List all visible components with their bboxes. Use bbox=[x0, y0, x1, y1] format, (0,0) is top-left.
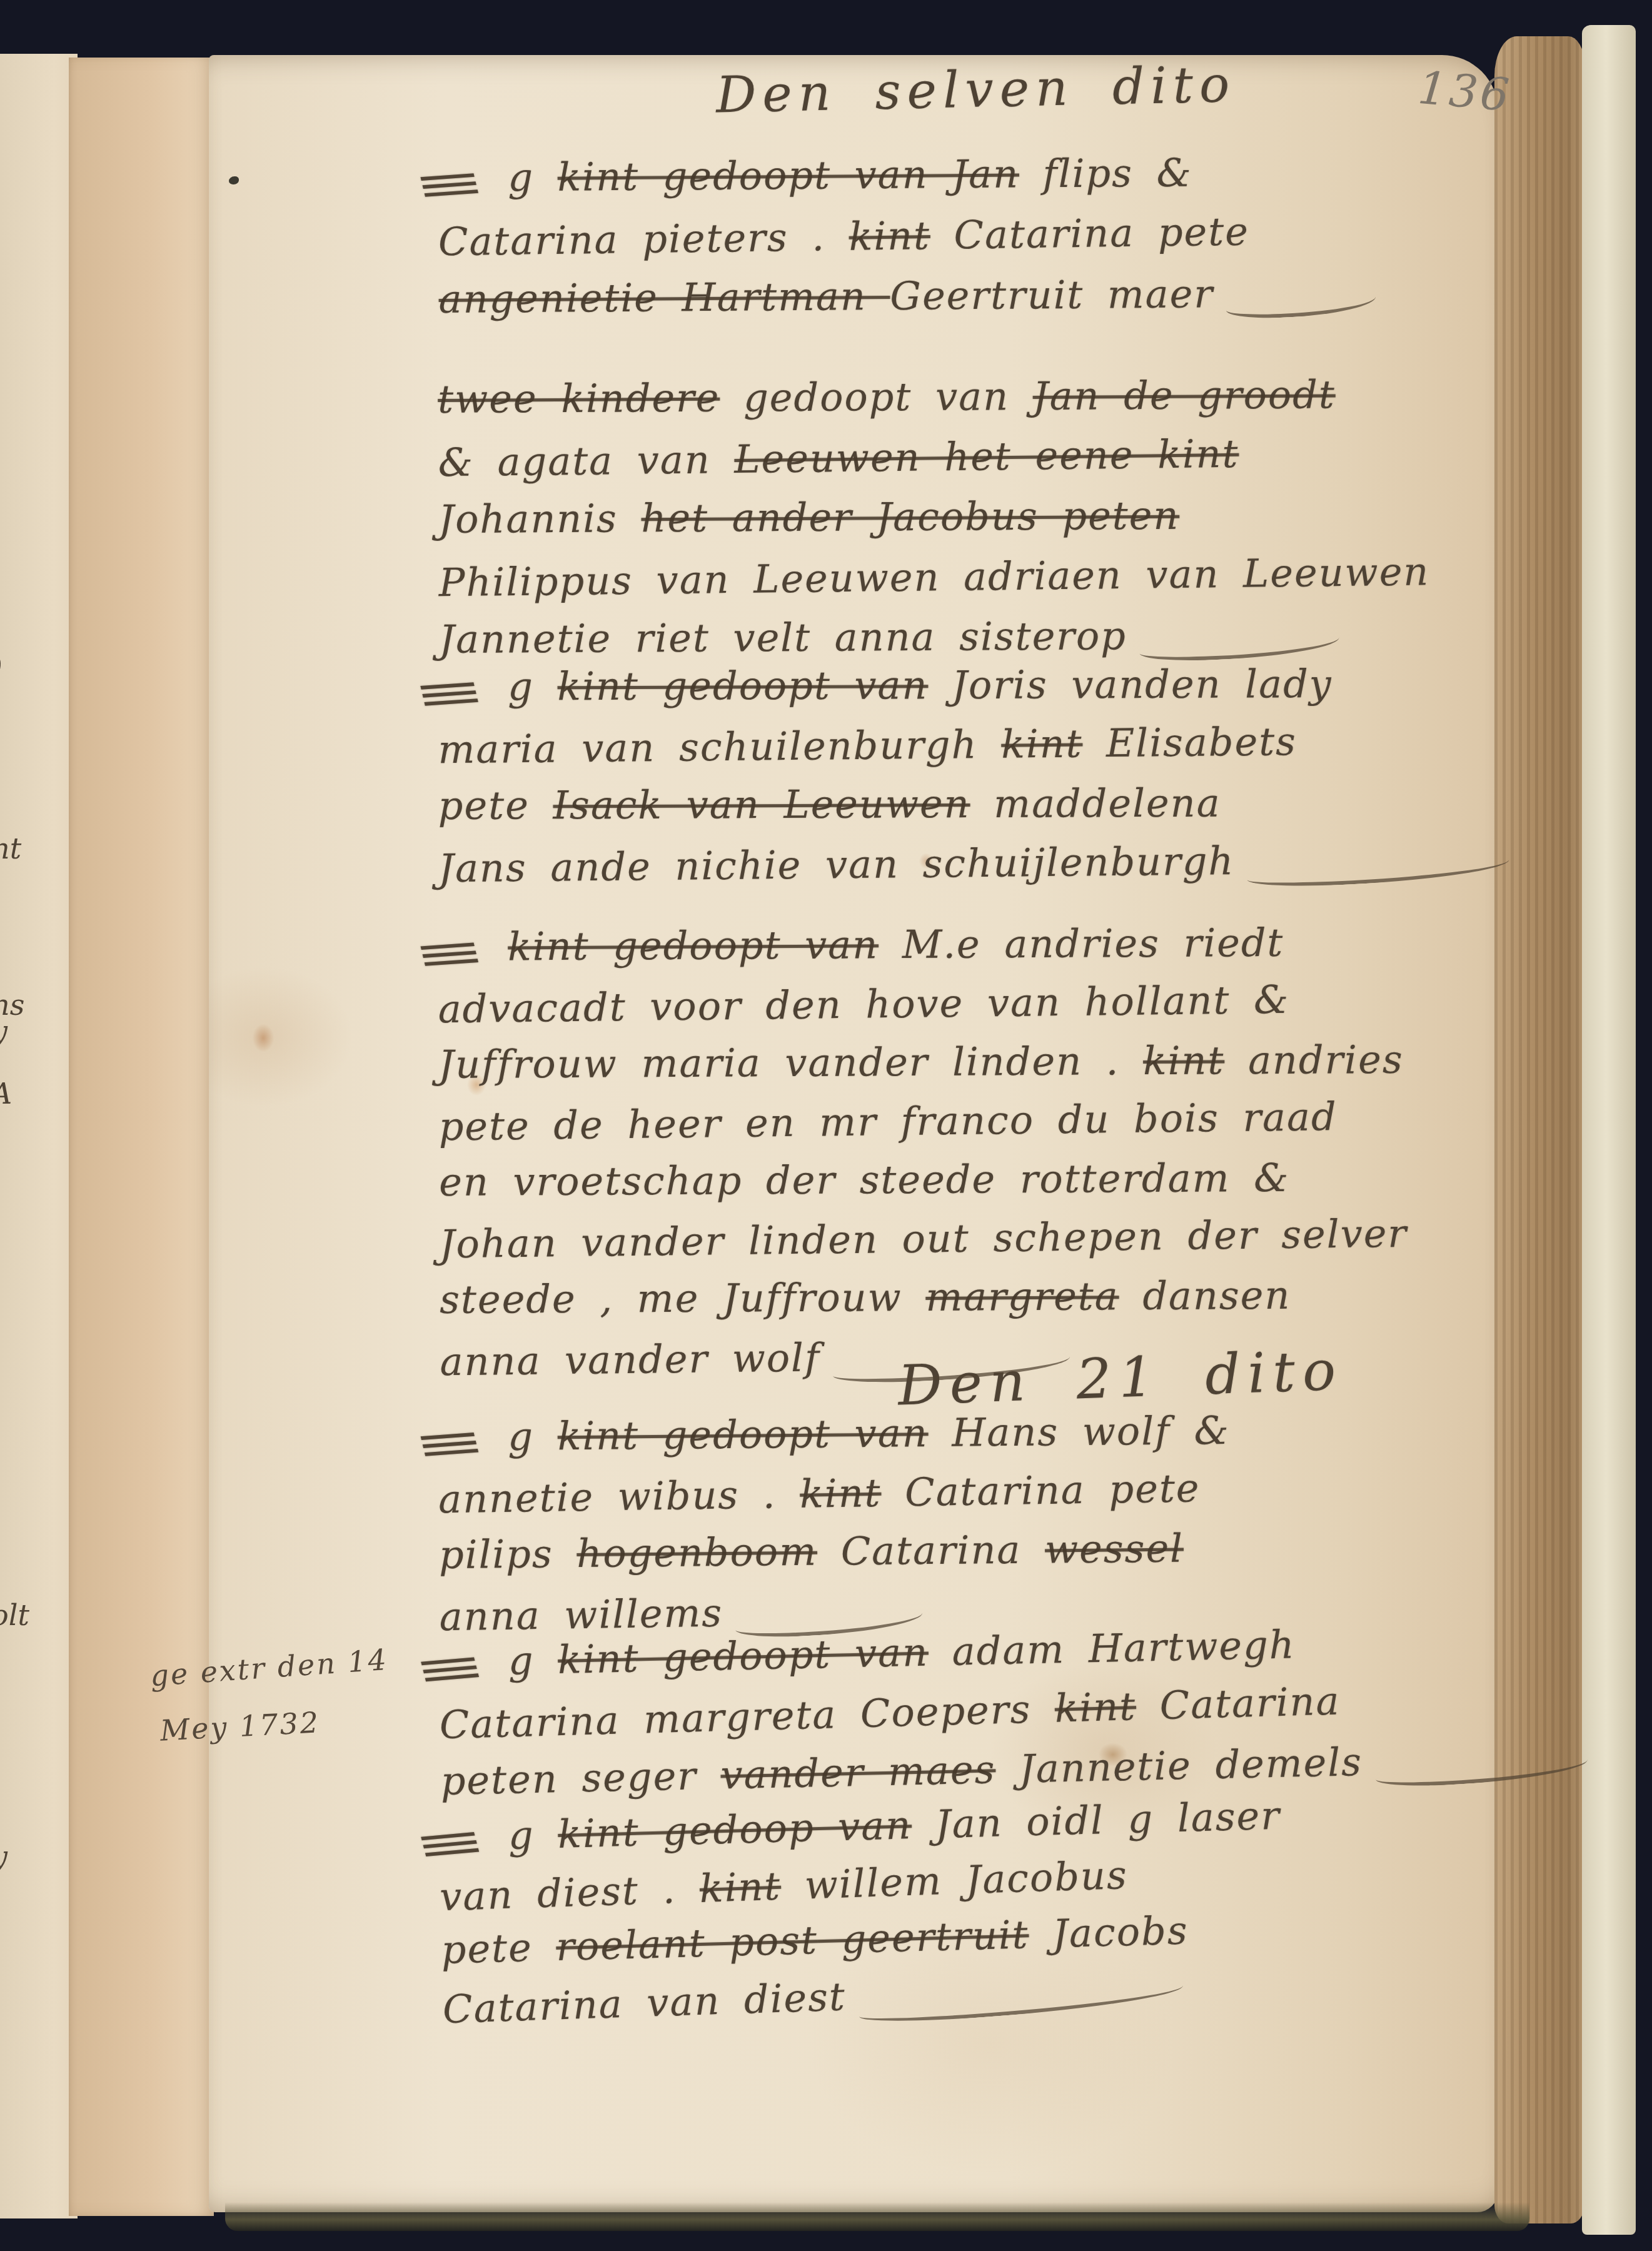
struck-text: kint gedoopt van bbox=[508, 922, 879, 969]
adjacent-page-text-fragment: nt bbox=[0, 832, 21, 865]
struck-text: het ander Jacobus peten bbox=[641, 493, 1179, 541]
flourish-underline bbox=[859, 1982, 1184, 2027]
entry-text: Catarina van diest bbox=[442, 1973, 847, 2032]
manuscript-line: ≡kint gedoopt van M.e andries riedt bbox=[438, 919, 1538, 983]
struck-text: angenietie Hartman bbox=[438, 273, 890, 322]
entry-text: Elisabets bbox=[1082, 718, 1297, 766]
entry-marker-icon: ≡ bbox=[407, 665, 486, 722]
entry-text: Catarina bbox=[817, 1527, 1045, 1574]
entry-text: pilips bbox=[439, 1531, 577, 1578]
page-number: 136 bbox=[1416, 61, 1514, 122]
entry-text: & agata van bbox=[438, 436, 735, 485]
struck-text: kint bbox=[800, 1470, 882, 1517]
entry-text: Philippus van Leeuwen adriaen van Leeuwe… bbox=[438, 548, 1429, 605]
struck-text: Isack van Leeuwen bbox=[553, 781, 970, 828]
entry-text: adam Hartwegh bbox=[928, 1621, 1296, 1674]
entry-text: pete bbox=[441, 1924, 557, 1973]
entry-text: andries bbox=[1224, 1037, 1404, 1083]
manuscript-line: Jans ande nichie van schuijlenburgh bbox=[438, 835, 1539, 905]
entry-text: Juffrouw maria vander linden . bbox=[438, 1038, 1143, 1087]
paper-stain bbox=[249, 1019, 278, 1057]
entry-marker-icon: ≡ bbox=[407, 925, 486, 982]
flourish-underline bbox=[1247, 856, 1510, 890]
manuscript-line: advacadt voor den hove van hollant & bbox=[438, 974, 1539, 1045]
struck-text: kint gedoopt van bbox=[557, 1410, 929, 1459]
entry-marker-icon: ≡ bbox=[407, 155, 486, 212]
baptism-entry: twee kindere gedoopt van Jan de groodt& … bbox=[438, 371, 1539, 677]
entry-text: Jans ande nichie van schuijlenburgh bbox=[438, 838, 1235, 891]
entry-marker-icon: ≡ bbox=[407, 1414, 486, 1471]
entry-text: steede , me Juffrouw bbox=[440, 1274, 926, 1322]
entry-text: advacadt voor den hove van hollant & bbox=[438, 977, 1289, 1032]
entry-text: Jacobs bbox=[1029, 1908, 1189, 1958]
struck-text: twee kindere bbox=[438, 375, 720, 422]
manuscript-line: Catarina pieters . kint Catarina pete bbox=[438, 204, 1539, 279]
manuscript-line: twee kindere gedoopt van Jan de groodt bbox=[438, 371, 1538, 436]
baptism-entry: ≡g kint gedoopt van Jan flips &Catarina … bbox=[438, 148, 1539, 337]
struck-text: Jan de groodt bbox=[1032, 371, 1336, 419]
entry-text: annetie wibus . bbox=[438, 1471, 800, 1523]
manuscript-line: steede , me Juffrouw margreta dansen bbox=[440, 1271, 1540, 1336]
baptism-entry: ≡g kint gedoopt van Joris vanden ladymar… bbox=[438, 660, 1539, 902]
struck-text: vander maes bbox=[720, 1746, 996, 1798]
entry-text: anna vander wolf bbox=[440, 1334, 820, 1384]
manuscript-line: pete Isack van Leeuwen maddelena bbox=[438, 779, 1539, 842]
struck-text: roelant post bbox=[555, 1917, 818, 1970]
struck-text: kint gedoopt van Jan bbox=[557, 151, 1019, 200]
entry-text: pete de heer en mr franco du bois raad bbox=[438, 1094, 1337, 1149]
entry-text: Geertruit maer bbox=[890, 271, 1214, 319]
struck-text: kint gedoop van bbox=[557, 1802, 912, 1857]
struck-text: kint gedoopt van bbox=[557, 1629, 929, 1683]
struck-text: wessel bbox=[1045, 1526, 1184, 1573]
entry-text: Catarina pete bbox=[930, 208, 1249, 258]
entry-text: M.e andries riedt bbox=[879, 920, 1284, 967]
binding-gutter bbox=[69, 58, 214, 2216]
struck-text: hogenboom bbox=[577, 1529, 817, 1576]
entry-text: flips & bbox=[1019, 150, 1192, 197]
manuscript-line: anna vander wolf bbox=[440, 1326, 1541, 1397]
manuscript-line: & agata van Leeuwen het eene kint bbox=[438, 427, 1539, 500]
adjacent-page-text-fragment: olt bbox=[0, 1598, 29, 1632]
manuscript-line: Juffrouw maria vander linden . kint andr… bbox=[438, 1036, 1539, 1100]
flourish-underline bbox=[1139, 633, 1339, 663]
entry-text: gedoopt van bbox=[720, 373, 1033, 421]
manuscript-line: pete de heer en mr franco du bois raad bbox=[438, 1091, 1539, 1162]
adjacent-page-text-fragment: A bbox=[0, 1077, 12, 1110]
manuscript-line: maria van schuilenburgh kint Elisabets bbox=[438, 716, 1539, 786]
manuscript-line: ≡g kint gedoopt van Joris vanden lady bbox=[438, 660, 1538, 723]
manuscript-photo: { "document": { "type": "handwritten bap… bbox=[0, 0, 1652, 2251]
struck-text: kint bbox=[849, 213, 930, 259]
manuscript-line: en vroetschap der steede rotterdam & bbox=[439, 1154, 1539, 1218]
entry-text: Catarina bbox=[1136, 1678, 1341, 1729]
manuscript-line: Johannis het ander Jacobus peten bbox=[438, 491, 1539, 556]
entry-text: Johannis bbox=[438, 495, 642, 542]
entry-text: anna willems bbox=[439, 1590, 723, 1640]
entry-text: en vroetschap der steede rotterdam & bbox=[439, 1155, 1290, 1205]
adjacent-page-text-fragment: y bbox=[0, 1840, 8, 1873]
entry-text: Catarina pete bbox=[881, 1465, 1201, 1516]
baptism-entry: ≡g kint gedoopt van adam HartweghCatarin… bbox=[438, 1616, 1542, 1818]
manuscript-line: Johan vander linden out schepen der selv… bbox=[439, 1209, 1540, 1280]
entry-text: g bbox=[508, 1413, 558, 1459]
entry-text: g bbox=[508, 1637, 558, 1684]
flourish-underline bbox=[833, 1353, 1071, 1386]
adjacent-page-text-fragment: ) bbox=[0, 650, 3, 684]
manuscript-line: angenietie Hartman Geertruit maer bbox=[438, 269, 1539, 337]
entry-text: Joris vanden lady bbox=[928, 661, 1332, 708]
entry-text: Catarina pieters . bbox=[438, 214, 849, 265]
struck-text: margreta bbox=[925, 1273, 1119, 1320]
struck-text: geertruit bbox=[817, 1911, 1029, 1963]
struck-text: kint bbox=[1143, 1037, 1225, 1084]
entry-text: dansen bbox=[1119, 1272, 1291, 1319]
adjacent-page-text-fragment: y bbox=[0, 1014, 8, 1048]
entry-text: g bbox=[508, 154, 558, 201]
baptism-entry: ≡g kint gedoop van Jan oidl g laservan d… bbox=[438, 1786, 1544, 2040]
struck-text: kint gedoopt van bbox=[557, 662, 928, 709]
entry-marker-icon: ≡ bbox=[408, 1814, 488, 1871]
bottom-shadow bbox=[225, 2202, 1529, 2231]
vellum-cover-edge bbox=[1582, 25, 1636, 2235]
manuscript-line: ≡g kint gedoopt van Jan flips & bbox=[438, 148, 1539, 216]
entry-text: g bbox=[508, 1811, 558, 1858]
entry-text: peten seger bbox=[440, 1753, 721, 1804]
entry-marker-icon: ≡ bbox=[407, 1639, 486, 1697]
entry-text: maddelena bbox=[970, 780, 1221, 827]
manuscript-line: Philippus van Leeuwen adriaen van Leeuwe… bbox=[438, 547, 1539, 620]
entry-text: pete bbox=[438, 782, 553, 828]
entry-text: Johan vander linden out schepen der selv… bbox=[439, 1211, 1408, 1267]
entry-text: van diest . bbox=[439, 1866, 700, 1920]
entry-text: Jannetie riet velt anna sisterop bbox=[439, 613, 1127, 662]
struck-text: kint bbox=[1054, 1683, 1137, 1731]
entry-text: maria van schuilenburgh bbox=[438, 722, 1001, 773]
struck-text: Leeuwen het eene kint bbox=[734, 431, 1239, 482]
baptism-entry: ≡g kint gedoopt van Hans wolf &annetie w… bbox=[438, 1405, 1540, 1649]
entry-text: Hans wolf & bbox=[928, 1408, 1230, 1456]
struck-text: kint bbox=[699, 1863, 782, 1911]
entry-text: g bbox=[508, 663, 558, 709]
baptism-entry: ≡kint gedoopt van M.e andries riedtadvac… bbox=[438, 919, 1541, 1394]
flourish-underline bbox=[1226, 293, 1377, 320]
struck-text: kint bbox=[1001, 720, 1083, 767]
entry-text: Jan oidl g laser bbox=[911, 1793, 1281, 1848]
entry-text: Jannetie demels bbox=[995, 1739, 1363, 1792]
previous-page-edge bbox=[0, 54, 78, 2218]
